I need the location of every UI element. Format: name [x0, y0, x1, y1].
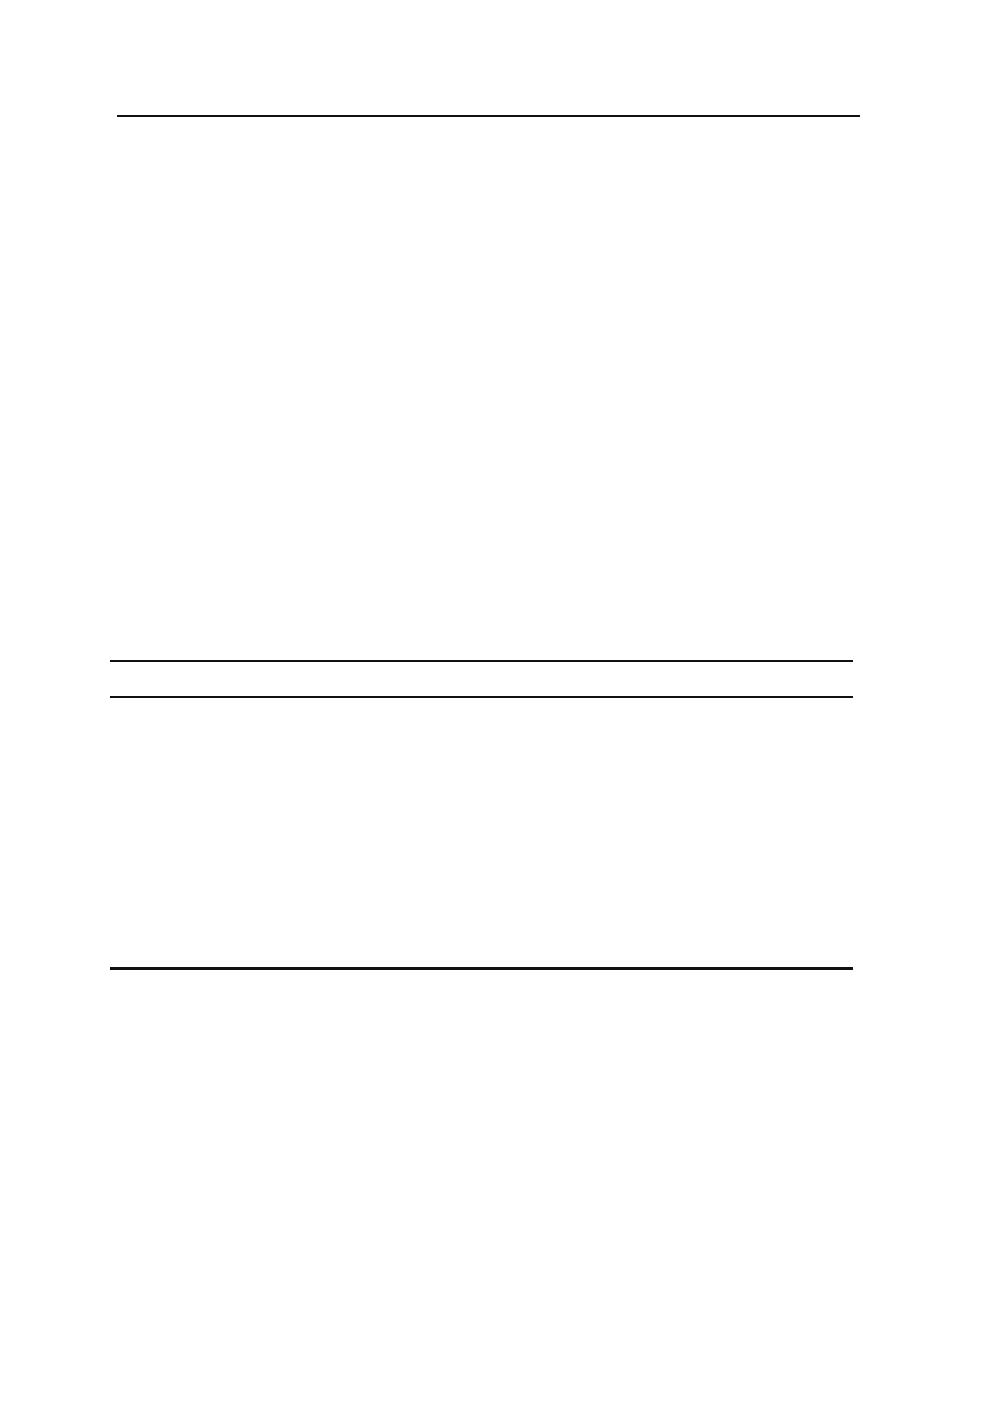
table-header-rule	[110, 696, 853, 698]
section-heading-5-4-1-2	[118, 989, 124, 1008]
section-heading-5-4-1-1	[118, 458, 124, 477]
header-rule	[117, 115, 860, 117]
table-top-rule	[110, 660, 853, 662]
table-bottom-rule	[110, 967, 853, 970]
